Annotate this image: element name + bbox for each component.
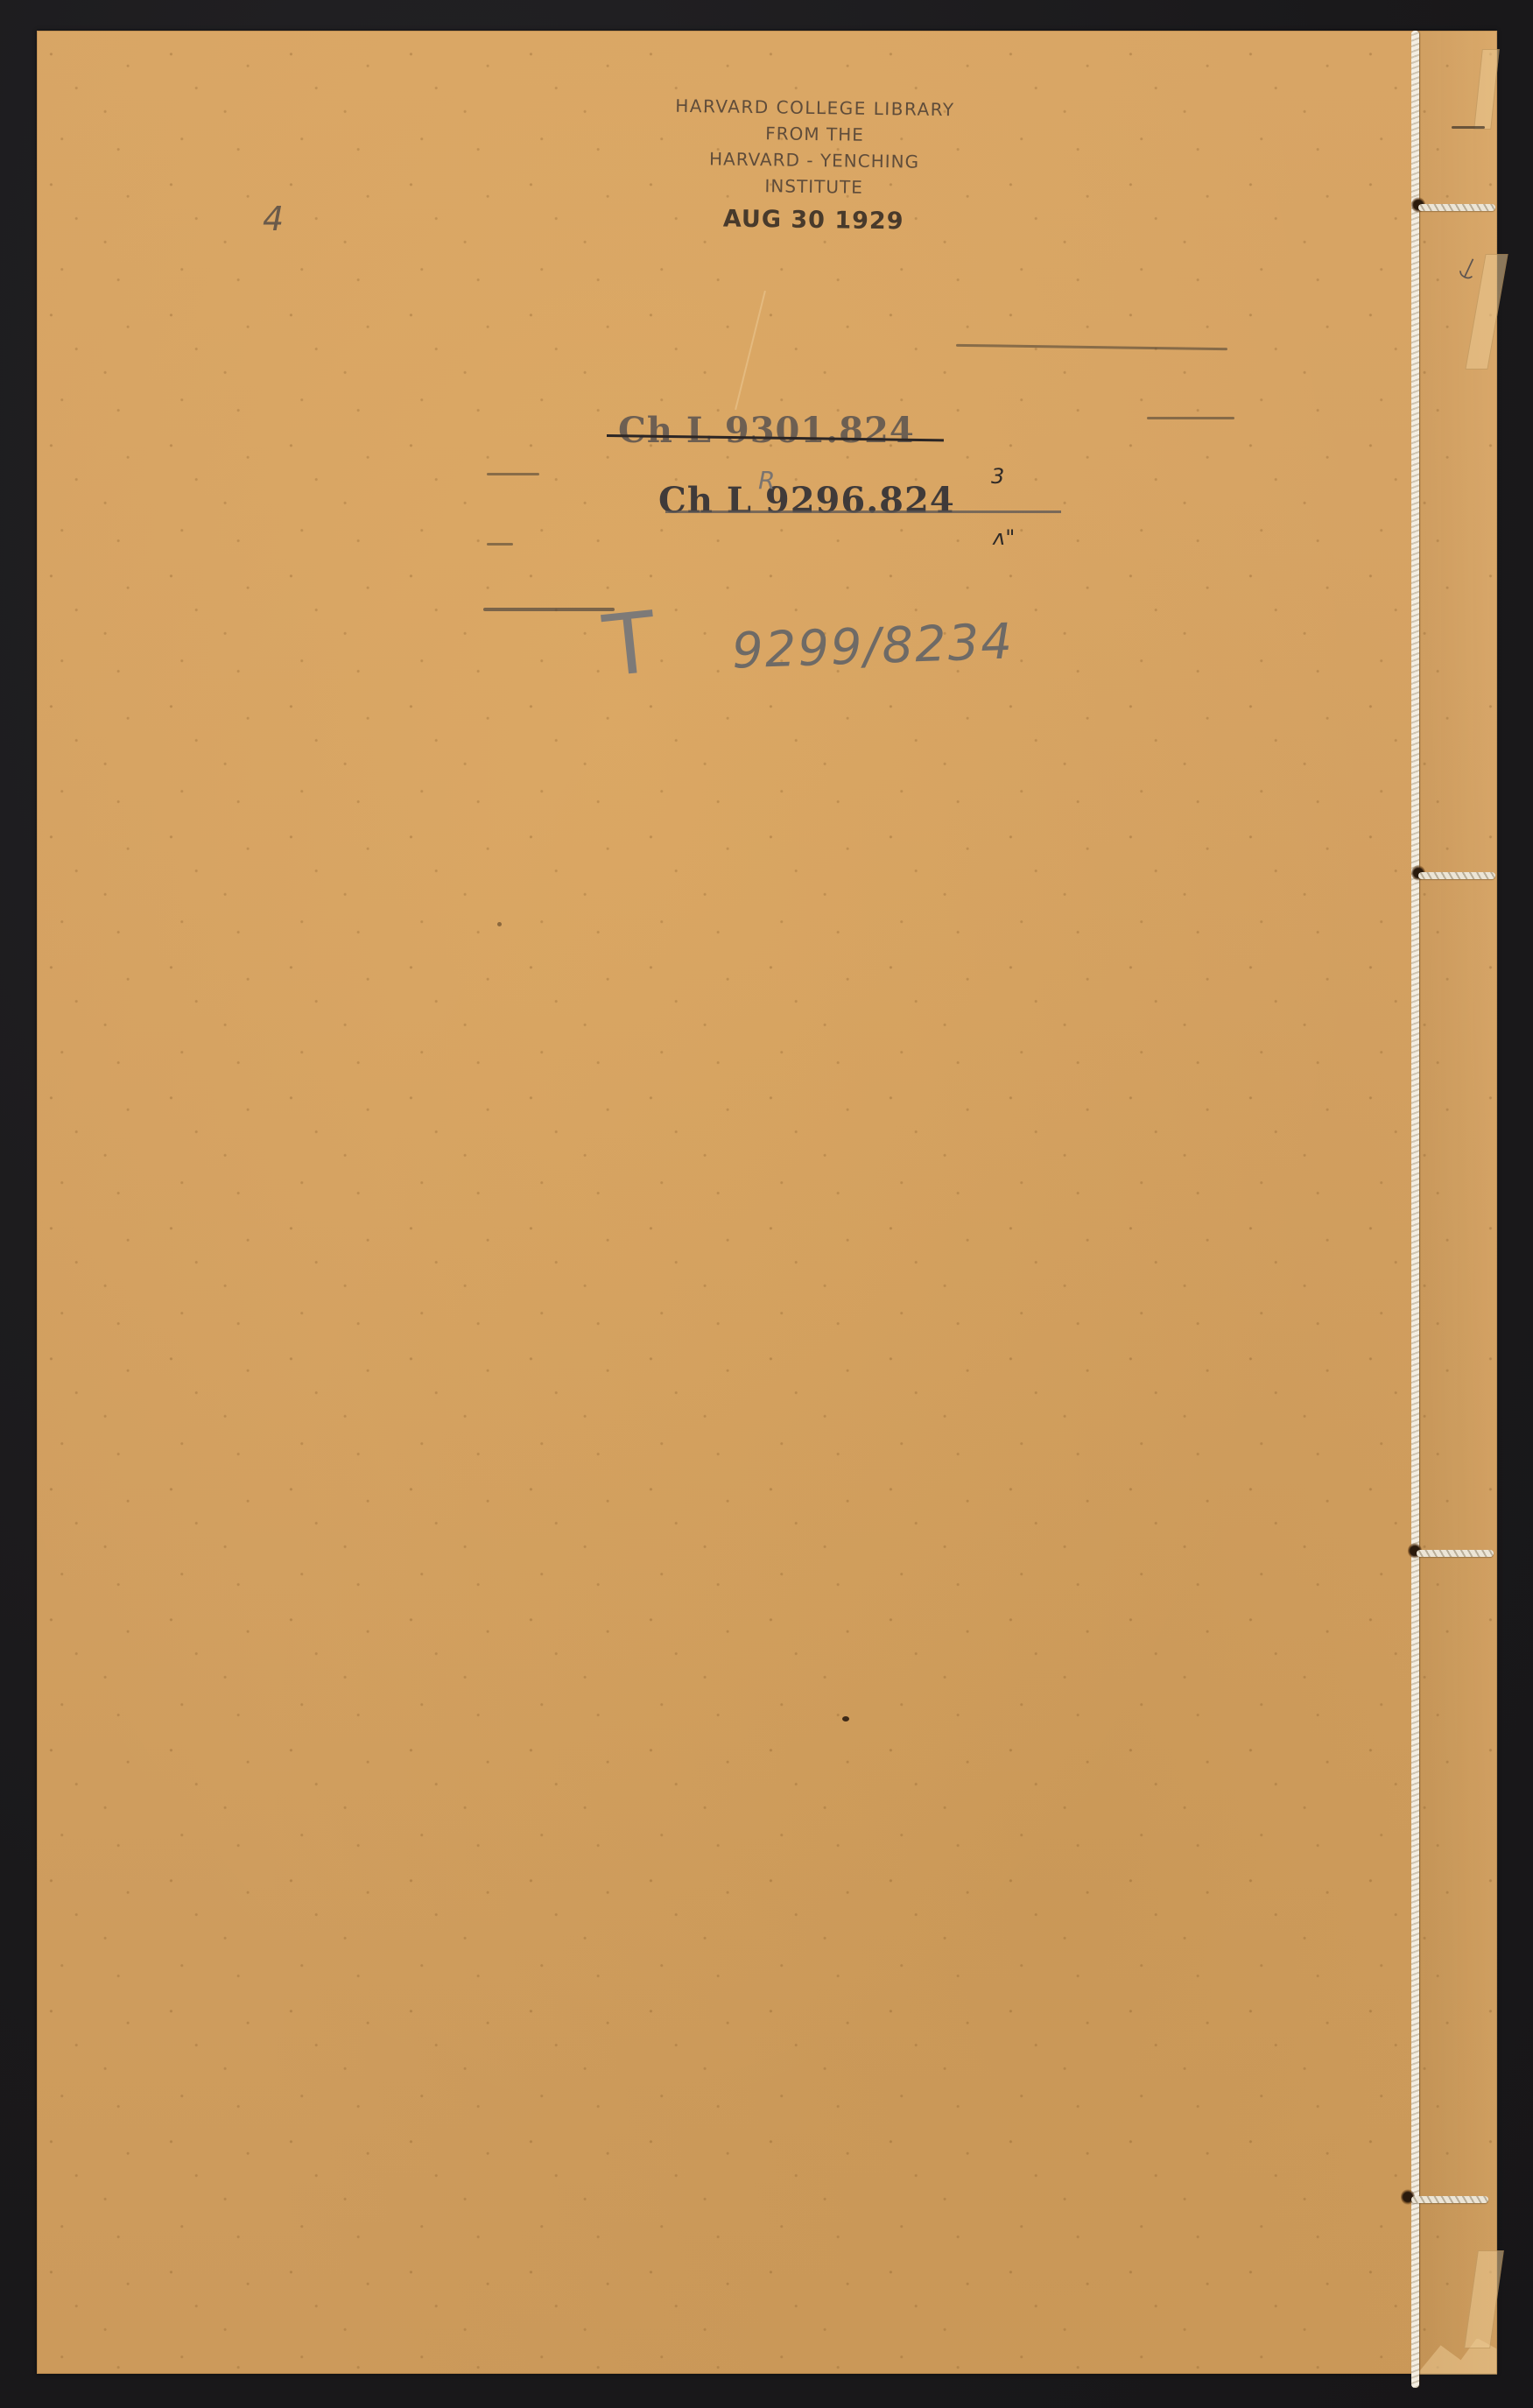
paper-speck [497,922,502,926]
call-number-current: Ch L 9296.824 [658,480,955,521]
strikethrough-line [665,510,1061,513]
pencil-tick-mark [487,543,513,546]
pencil-rule-line [1147,417,1234,419]
library-stamp: HARVARD COLLEGE LIBRARY FROM THE HARVARD… [629,92,999,243]
binding-thread [1411,31,1419,2388]
shelfmark-prefix: T [599,593,660,696]
binding-stitch-2 [1418,872,1495,879]
call-number-caret-mark: ʌ" [993,525,1015,550]
call-number-old: Ch L 9301.824 [618,410,915,451]
stamp-line-institute: INSTITUTE [630,171,998,202]
pencil-rule-line [483,608,615,611]
paper-speck [842,1716,849,1722]
stamp-date: AUG 30 1929 [629,199,998,243]
call-number-annotation-3: 3 [991,464,1004,489]
binding-stitch-1 [1418,204,1495,211]
pencil-tick-mark [487,473,539,475]
stamp-line-library: HARVARD COLLEGE LIBRARY [631,92,999,123]
margin-pencil-dash [1452,126,1485,129]
shelfmark-number: 9299/8234 [731,613,1015,679]
binding-stitch-3 [1417,1550,1494,1557]
binding-stitch-4 [1411,2196,1488,2203]
volume-number: 4 [263,200,284,238]
call-number-annotation-r: R [758,466,775,495]
book-cover [37,31,1497,2374]
binding-margin [1416,31,1498,2374]
